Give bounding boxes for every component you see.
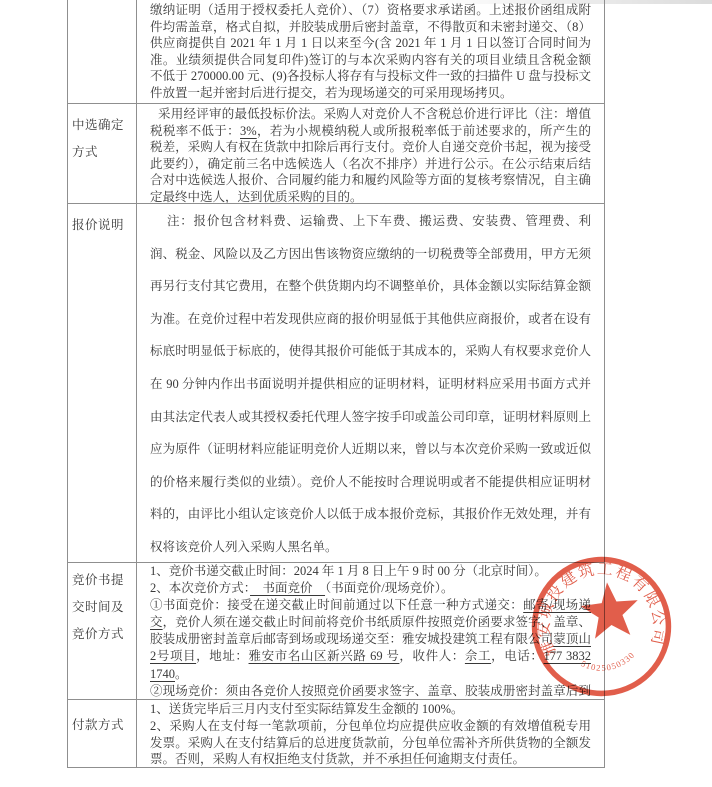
- text-segment: ①书面竞价：接受在递交截止时间前通过以下任意一种方式递交：: [150, 598, 523, 612]
- text-segment: 注：报价包含材料费、运输费、上下车费、搬运费、安装费、管理费、利润、税金、风险以…: [150, 214, 591, 554]
- text-segment: ，竞价人须在递交截止时间前将竞价书纸质原件按照竞价函要求签字、盖章、胶装成册密封…: [150, 615, 591, 646]
- row-content: 1、竞价书递交截止时间：2024 年 1 月 8 日上午 9 时 00 分（北京…: [137, 563, 604, 699]
- text-segment: ②现场竞价：须由各竞价人按照竞价函要求签字、盖章、胶装成册密封盖章后到采购人指定…: [150, 684, 591, 699]
- table-row: 中选确定方式采用经评审的最低投标价法。采购人对竞价人不含税总价进行评比（注：增值…: [68, 103, 604, 203]
- text-segment: 1、竞价书递交截止时间：2024 年 1 月 8 日上午 9 时 00 分（北京…: [150, 564, 547, 578]
- paragraph: 采用经评审的最低投标价法。采购人对竞价人不含税总价进行评比（注：增值税税率不低于…: [150, 106, 591, 203]
- text-segment: 缴纳证明（适用于授权委托人竞价）、（7）资格要求承诺函。上述报价函组成附件均需盖…: [150, 3, 591, 100]
- underlined-text: 雅安市名山区新兴路 69 号: [249, 649, 400, 663]
- text-segment: ，电话：: [491, 649, 543, 663]
- paragraph: 2、本次竞价方式： 书面竞价 （书面竞价/现场竞价）。: [150, 580, 591, 597]
- paragraph: ②现场竞价：须由各竞价人按照竞价函要求签字、盖章、胶装成册密封盖章后到采购人指定…: [150, 683, 591, 699]
- row-label: 竞价书提交时间及竞价方式: [68, 563, 137, 699]
- row-content: 采用经评审的最低投标价法。采购人对竞价人不含税总价进行评比（注：增值税税率不低于…: [137, 104, 604, 203]
- text-segment: 2、本次竞价方式：: [150, 581, 250, 595]
- paragraph: 1、送货完毕后三月内支付至实际结算发生金额的 100%。: [150, 701, 591, 718]
- underlined-text: 书面竞价: [250, 581, 325, 595]
- paragraph: 1、竞价书递交截止时间：2024 年 1 月 8 日上午 9 时 00 分（北京…: [150, 563, 591, 580]
- paragraph: 2、采购人在支付每一笔款项前，分包单位均应提供应收金额的有效增值税专用发票。采购…: [150, 718, 591, 767]
- row-label: 中选确定方式: [68, 104, 137, 203]
- text-segment: ，地址：: [196, 649, 248, 663]
- text-segment: （书面竞价/现场竞价）。: [325, 581, 453, 595]
- underlined-text: 佘工: [465, 649, 491, 663]
- table-row: 付款方式1、送货完毕后三月内支付至实际结算发生金额的 100%。2、采购人在支付…: [68, 699, 604, 767]
- table-row: 缴纳证明（适用于授权委托人竞价）、（7）资格要求承诺函。上述报价函组成附件均需盖…: [68, 0, 604, 103]
- text-segment: ，收件人：: [399, 649, 464, 663]
- table-row: 竞价书提交时间及竞价方式1、竞价书递交截止时间：2024 年 1 月 8 日上午…: [68, 562, 604, 699]
- paragraph: ①书面竞价：接受在递交截止时间前通过以下任意一种方式递交：邮寄/现场递交，竞价人…: [150, 597, 591, 682]
- text-segment: 2、采购人在支付每一笔款项前，分包单位均应提供应收金额的有效增值税专用发票。采购…: [150, 719, 591, 767]
- underlined-text: 3%: [240, 124, 257, 138]
- row-content: 1、送货完毕后三月内支付至实际结算发生金额的 100%。2、采购人在支付每一笔款…: [137, 700, 604, 767]
- paragraph: 缴纳证明（适用于授权委托人竞价）、（7）资格要求承诺函。上述报价函组成附件均需盖…: [150, 2, 591, 102]
- row-label: [68, 0, 137, 103]
- row-content: 缴纳证明（适用于授权委托人竞价）、（7）资格要求承诺函。上述报价函组成附件均需盖…: [137, 0, 604, 103]
- paragraph: 注：报价包含材料费、运输费、上下车费、搬运费、安装费、管理费、利润、税金、风险以…: [150, 205, 591, 562]
- text-segment: 。: [175, 667, 188, 681]
- table-row: 报价说明注：报价包含材料费、运输费、上下车费、搬运费、安装费、管理费、利润、税金…: [68, 203, 604, 562]
- row-label: 付款方式: [68, 700, 137, 767]
- text-segment: 1、送货完毕后三月内支付至实际结算发生金额的 100%。: [150, 702, 464, 716]
- procurement-table: 缴纳证明（适用于授权委托人竞价）、（7）资格要求承诺函。上述报价函组成附件均需盖…: [67, 0, 605, 768]
- row-content: 注：报价包含材料费、运输费、上下车费、搬运费、安装费、管理费、利润、税金、风险以…: [137, 204, 604, 562]
- row-label: 报价说明: [68, 204, 137, 562]
